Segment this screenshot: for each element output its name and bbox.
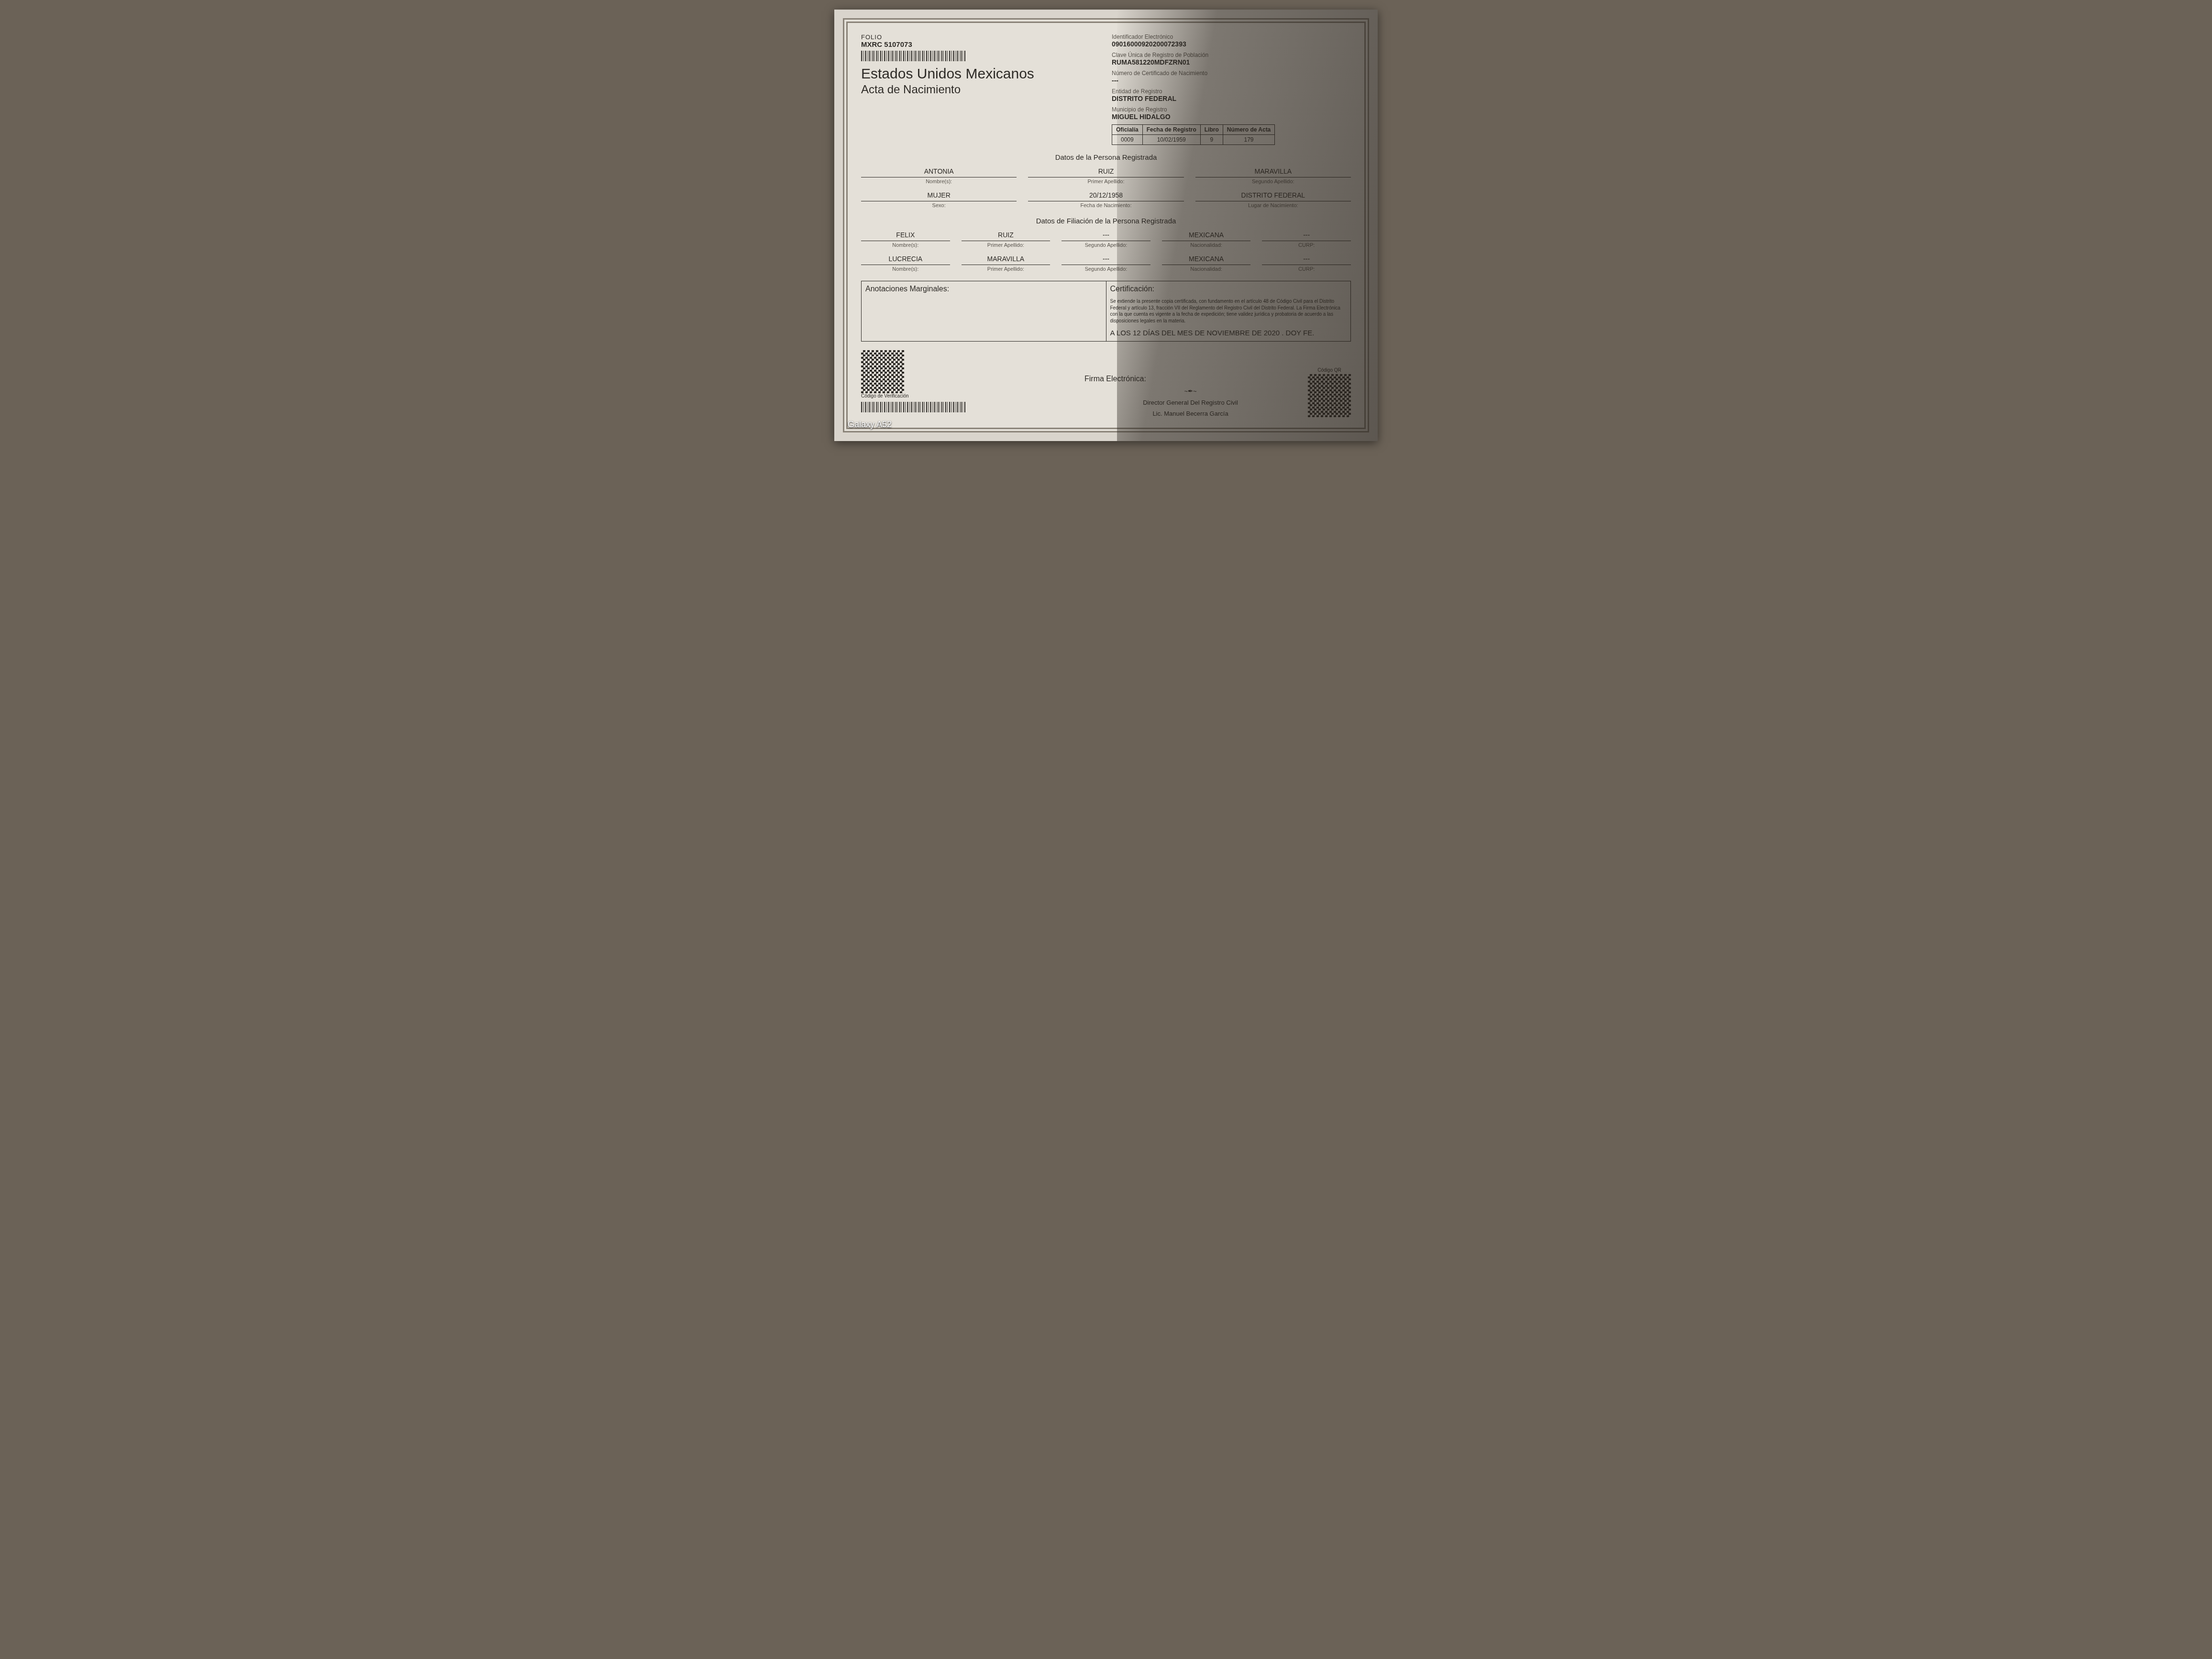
registered-person-names: ANTONIANombre(s): RUIZPrimer Apellido: M…: [861, 166, 1351, 185]
first-surname-label: Primer Apellido:: [1028, 179, 1183, 185]
parent-2-curp: ---: [1262, 253, 1351, 265]
first-surname-value: RUIZ: [1028, 166, 1183, 177]
curp-label: CURP:: [1262, 243, 1351, 248]
qr-label: Código QR: [1308, 367, 1351, 374]
second-surname-value: MARAVILLA: [1195, 166, 1351, 177]
sex-label: Sexo:: [861, 203, 1017, 209]
identifier-block: Identificador Electrónico 09016000920200…: [1112, 33, 1351, 145]
registry-municipality-label: Municipio de Registro: [1112, 106, 1351, 113]
issue-statement: A LOS 12 DÍAS DEL MES DE NOVIEMBRE DE 20…: [1110, 329, 1347, 337]
parent-1-first-surname: RUIZ: [962, 229, 1051, 241]
registry-header: Oficialía: [1112, 125, 1143, 135]
handwritten-signature-icon: ~✒~: [1084, 387, 1296, 395]
registry-header: Fecha de Registro: [1142, 125, 1200, 135]
verification-label: Código de Verificación: [861, 393, 1073, 400]
first-surname-label: Primer Apellido:: [962, 243, 1051, 248]
verification-qr-code: [861, 350, 904, 393]
given-names-label: Nombre(s):: [861, 266, 950, 272]
registry-entity-label: Entidad de Registro: [1112, 88, 1351, 95]
parents-title: Datos de Filiación de la Persona Registr…: [861, 217, 1351, 225]
signature-block: Firma Electrónica: ~✒~ Director General …: [1084, 375, 1296, 417]
electronic-id-value: 09016000920200072393: [1112, 40, 1351, 48]
registry-entity-value: DISTRITO FEDERAL: [1112, 95, 1351, 102]
registry-cell: 9: [1200, 135, 1223, 145]
birth-date-label: Fecha de Nacimiento:: [1028, 203, 1183, 209]
second-surname-label: Segundo Apellido:: [1062, 243, 1150, 248]
verification-barcode: [861, 402, 966, 412]
given-names-label: Nombre(s):: [861, 179, 1017, 185]
marginal-notes-label: Anotaciones Marginales:: [865, 285, 1102, 294]
second-surname-label: Segundo Apellido:: [1062, 266, 1150, 272]
registry-header: Número de Acta: [1223, 125, 1275, 135]
registered-person-title: Datos de la Persona Registrada: [861, 154, 1351, 162]
parent-2-nationality: MEXICANA: [1162, 253, 1251, 265]
parent-1-curp: ---: [1262, 229, 1351, 241]
registry-cell: 10/02/1959: [1142, 135, 1200, 145]
country-heading: Estados Unidos Mexicanos: [861, 66, 1100, 82]
folio-label: FOLIO: [861, 33, 1100, 41]
device-watermark: Galaxy A52: [848, 420, 892, 430]
parent-1-row: FELIXNombre(s): RUIZPrimer Apellido: ---…: [861, 229, 1351, 248]
parent-2-second-surname: ---: [1062, 253, 1150, 265]
parent-1-second-surname: ---: [1062, 229, 1150, 241]
given-names-label: Nombre(s):: [861, 243, 950, 248]
certification-label: Certificación:: [1110, 285, 1347, 294]
registry-table: Oficialía Fecha de Registro Libro Número…: [1112, 124, 1275, 145]
parent-2-row: LUCRECIANombre(s): MARAVILLAPrimer Apell…: [861, 253, 1351, 272]
signer-title: Director General Del Registro Civil: [1084, 399, 1296, 406]
nationality-label: Nacionalidad:: [1162, 266, 1251, 272]
folio-value: MXRC 5107073: [861, 41, 1100, 49]
certification-text: Se extiende la presente copia certificad…: [1110, 299, 1347, 324]
certification-block: Certificación: Se extiende la presente c…: [1106, 281, 1351, 341]
curp-label: CURP:: [1262, 266, 1351, 272]
registry-cell: 0009: [1112, 135, 1143, 145]
curp-label: Clave Única de Registro de Población: [1112, 52, 1351, 58]
sex-value: MUJER: [861, 189, 1017, 201]
folio-block: FOLIO MXRC 5107073 Estados Unidos Mexica…: [861, 33, 1100, 145]
registry-cell: 179: [1223, 135, 1275, 145]
marginal-notes: Anotaciones Marginales:: [862, 281, 1106, 341]
document-photo: FOLIO MXRC 5107073 Estados Unidos Mexica…: [834, 10, 1378, 441]
qr-block: Código QR: [1308, 367, 1351, 417]
registered-person-details: MUJERSexo: 20/12/1958Fecha de Nacimiento…: [861, 189, 1351, 209]
birth-date-value: 20/12/1958: [1028, 189, 1183, 201]
curp-value: RUMA581220MDFZRN01: [1112, 58, 1351, 66]
document-title: Acta de Nacimiento: [861, 83, 1100, 97]
second-surname-label: Segundo Apellido:: [1195, 179, 1351, 185]
signer-name: Lic. Manuel Becerra García: [1084, 410, 1296, 417]
qr-code: [1308, 374, 1351, 417]
parent-2-first-surname: MARAVILLA: [962, 253, 1051, 265]
certificate-number-value: ---: [1112, 77, 1351, 84]
nationality-label: Nacionalidad:: [1162, 243, 1251, 248]
parent-1-nationality: MEXICANA: [1162, 229, 1251, 241]
given-names-value: ANTONIA: [861, 166, 1017, 177]
electronic-signature-label: Firma Electrónica:: [1084, 375, 1296, 384]
first-surname-label: Primer Apellido:: [962, 266, 1051, 272]
birth-certificate: FOLIO MXRC 5107073 Estados Unidos Mexica…: [843, 18, 1369, 432]
registry-municipality-value: MIGUEL HIDALGO: [1112, 113, 1351, 121]
folio-barcode: [861, 51, 966, 61]
birth-place-value: DISTRITO FEDERAL: [1195, 189, 1351, 201]
parent-2-given-names: LUCRECIA: [861, 253, 950, 265]
electronic-id-label: Identificador Electrónico: [1112, 33, 1351, 40]
verification-block: Código de Verificación: [861, 350, 1073, 417]
parent-1-given-names: FELIX: [861, 229, 950, 241]
birth-place-label: Lugar de Nacimiento:: [1195, 203, 1351, 209]
certification-box: Anotaciones Marginales: Certificación: S…: [861, 281, 1351, 342]
certificate-number-label: Número de Certificado de Nacimiento: [1112, 70, 1351, 77]
registry-header: Libro: [1200, 125, 1223, 135]
